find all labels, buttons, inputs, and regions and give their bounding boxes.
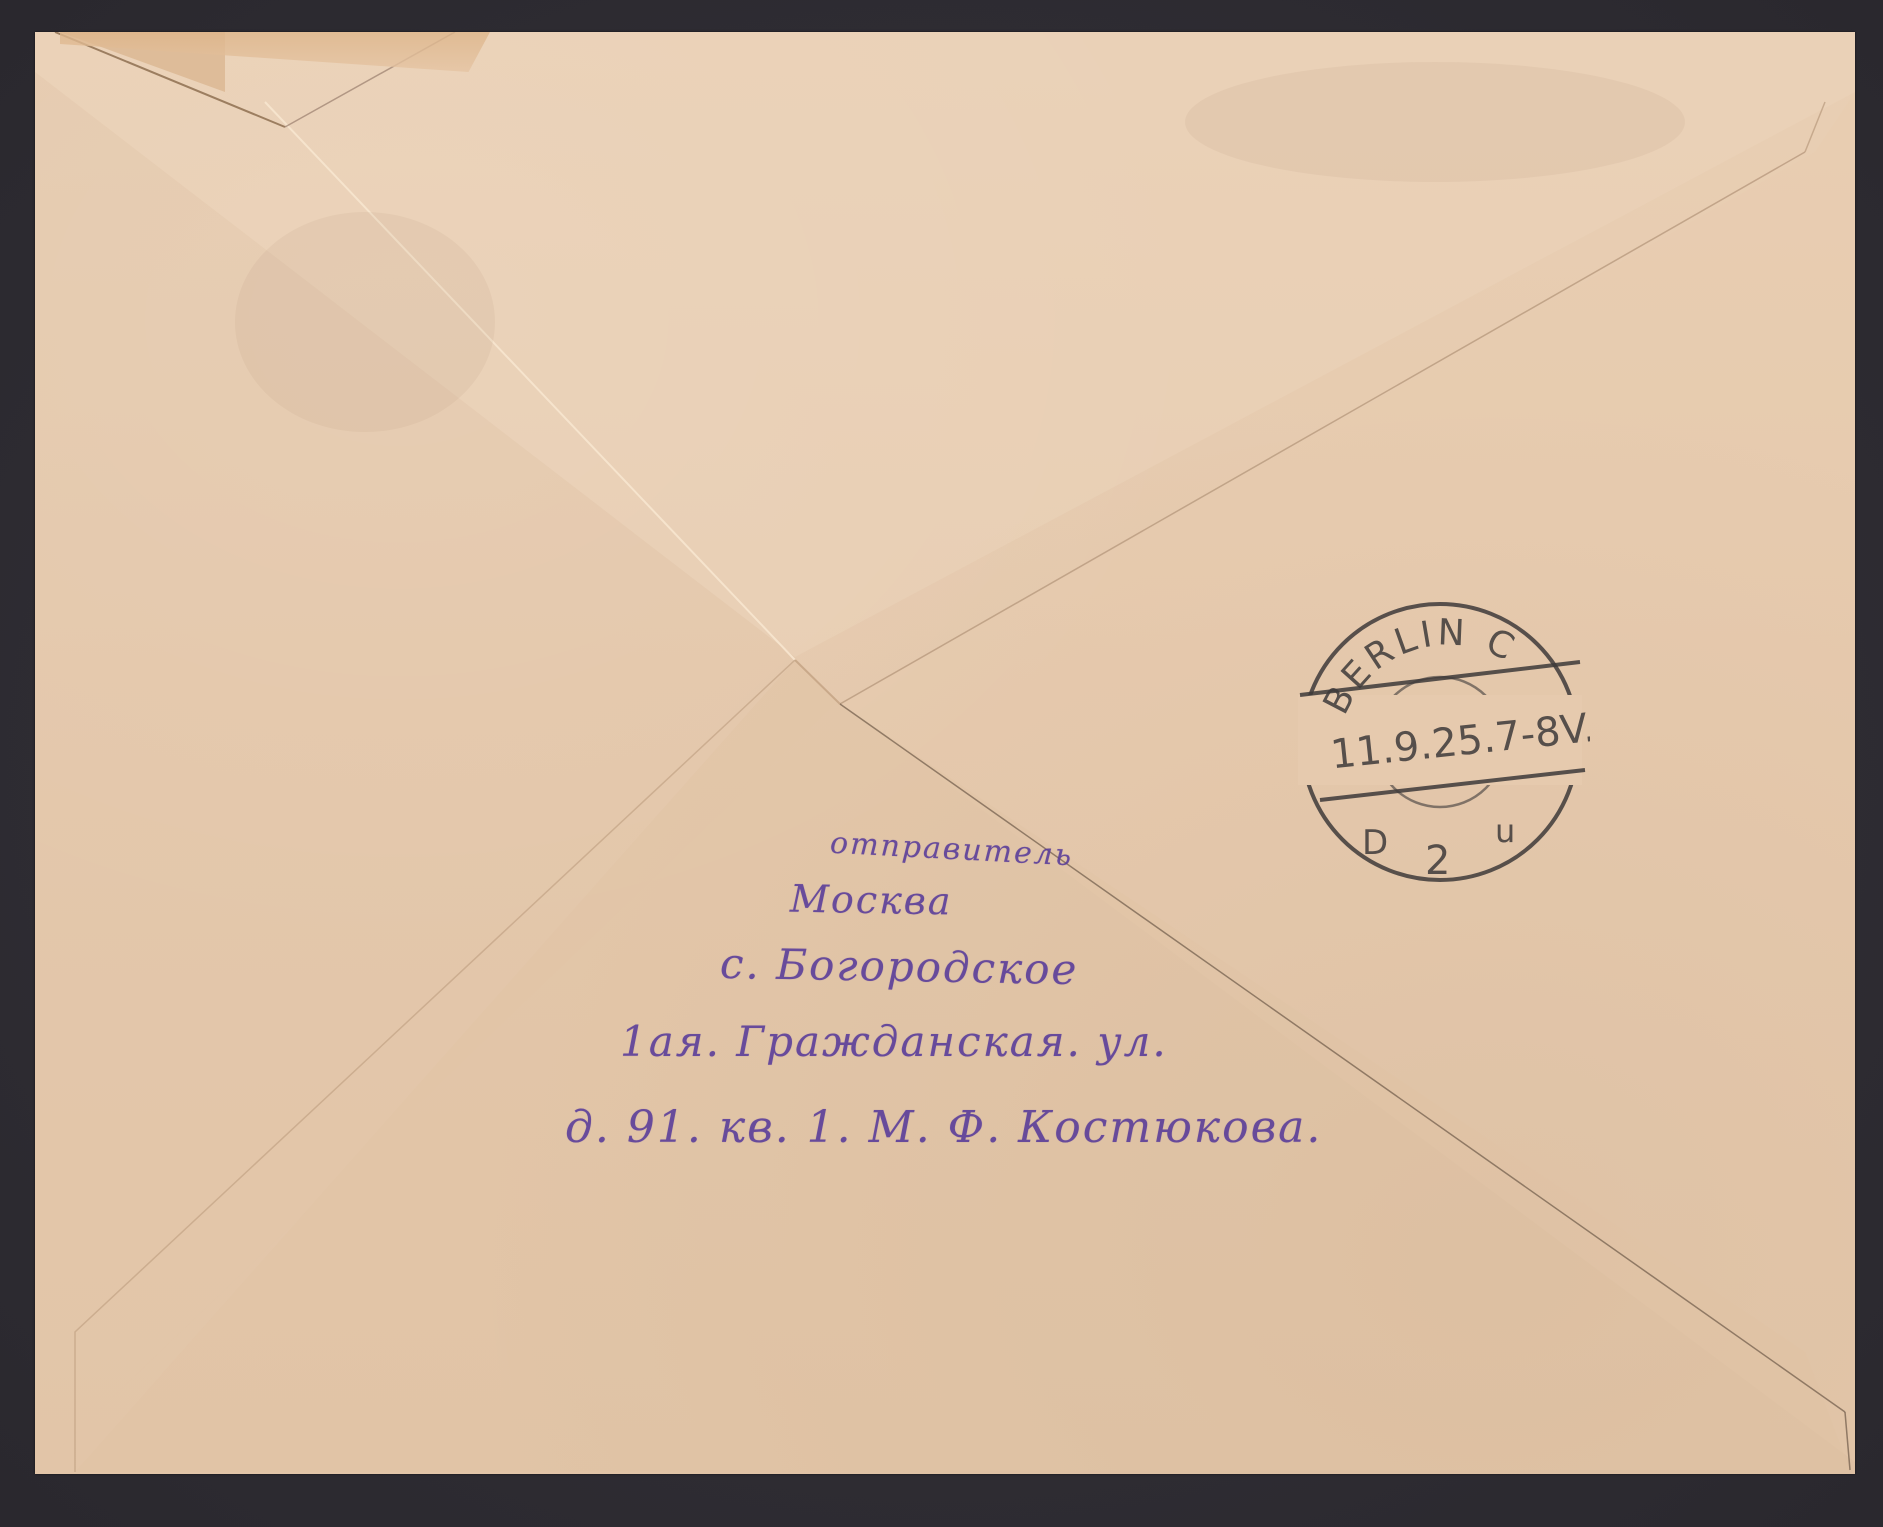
envelope-back: BERLIN C 11.9.25.7-8V. D 2 u отправитель… — [35, 32, 1855, 1474]
berlin-postmark: BERLIN C 11.9.25.7-8V. D 2 u — [1290, 592, 1590, 892]
sender-street: 1ая. Гражданская. ул. — [620, 1017, 1168, 1066]
paper-stain — [1185, 62, 1685, 182]
paper-stain — [235, 212, 495, 432]
postmark-stamp-icon: BERLIN C 11.9.25.7-8V. D 2 u — [1290, 592, 1590, 892]
sender-city: Москва — [790, 877, 953, 924]
photo-scene: BERLIN C 11.9.25.7-8V. D 2 u отправитель… — [0, 0, 1883, 1527]
postmark-number: 2 — [1425, 838, 1450, 884]
sender-house-name: д. 91. кв. 1. М. Ф. Костюкова. — [565, 1102, 1322, 1153]
postmark-letter-d: D — [1362, 823, 1388, 863]
sender-village: с. Богородское — [720, 939, 1079, 994]
postmark-letter-u: u — [1495, 812, 1515, 850]
